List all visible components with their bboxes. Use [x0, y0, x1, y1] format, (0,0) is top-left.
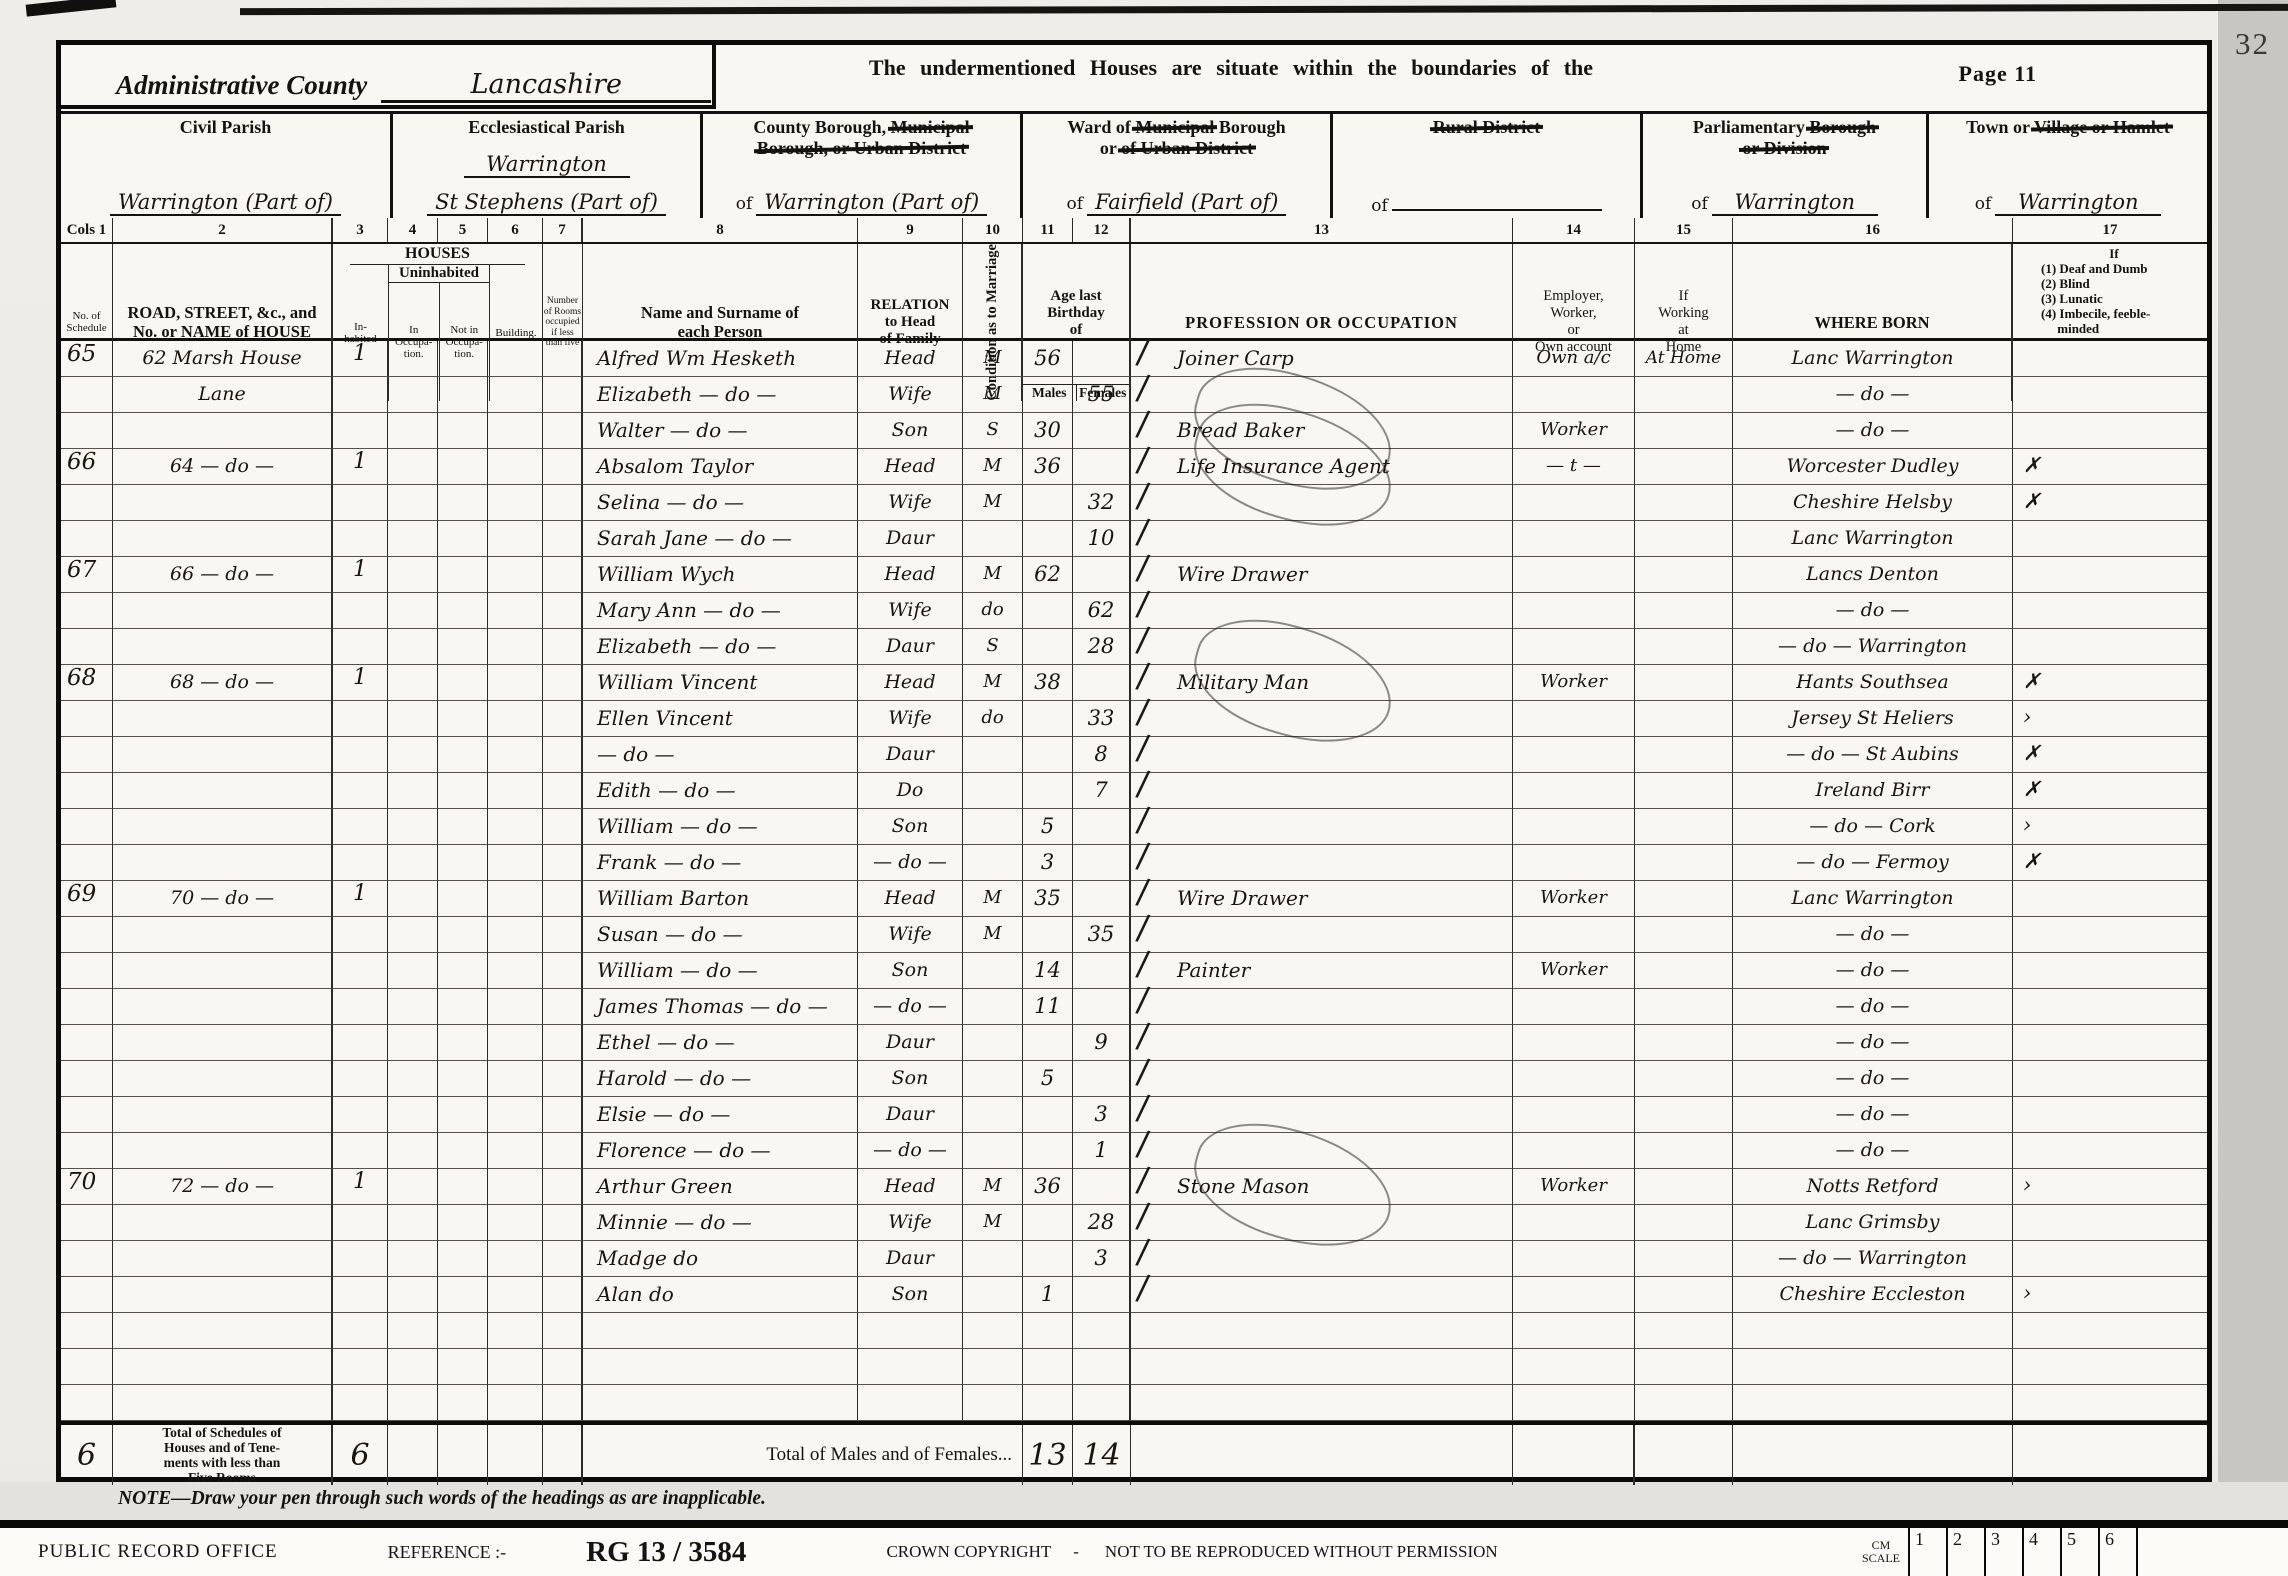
cell-age-female: [1073, 341, 1131, 377]
totals-empty-6: [488, 1425, 543, 1485]
footer-office: PUBLIC RECORD OFFICE: [38, 1541, 278, 1563]
cell-relation: Son: [858, 809, 963, 845]
scan-artifact-streak: [240, 4, 2288, 15]
footer-reference-label: REFERENCE :-: [388, 1542, 507, 1563]
cell-relation: [858, 1385, 963, 1421]
cell-at-home: [1635, 737, 1733, 773]
text-line: (1) Deaf and Dumb: [2041, 261, 2150, 276]
cell-inhabited: 1: [333, 341, 388, 377]
cell-road: 70 — do —: [113, 881, 333, 917]
cell-rooms: [543, 1349, 583, 1385]
cell-uninhabited-not: [438, 665, 488, 701]
col-number-9: 9: [858, 218, 963, 242]
cell-relation: Son: [858, 1061, 963, 1097]
cell-building: [488, 809, 543, 845]
struck-text: Rural District: [1433, 117, 1540, 137]
text-line: Number: [544, 296, 581, 307]
totals-empty-7: [543, 1425, 583, 1485]
table-row: James Thomas — do —— do —11/— do —: [61, 989, 2207, 1025]
cell-age-male: [1023, 917, 1073, 953]
cell-road: [113, 1097, 333, 1133]
cell-infirmity: [2013, 1241, 2207, 1277]
cell-uninhabited-not: [438, 1277, 488, 1313]
top-strip: Administrative County Lancashire The und…: [61, 45, 2207, 114]
district-value: of: [1333, 189, 1640, 216]
cell-road: [113, 701, 333, 737]
totals-left-mark: 6: [61, 1425, 113, 1485]
cell-schedule: [61, 917, 113, 953]
col-number-10: 10: [963, 218, 1023, 242]
cell-name: Absalom Taylor: [583, 449, 858, 485]
cell-age-male: [1023, 1241, 1073, 1277]
cell-name: [583, 1385, 858, 1421]
cell-uninhabited-not: [438, 521, 488, 557]
text-line: (2) Blind: [2041, 276, 2150, 291]
cell-uninhabited-occ: [388, 1313, 438, 1349]
cell-rooms: [543, 629, 583, 665]
cell-relation: Wife: [858, 377, 963, 413]
cell-rooms: [543, 1205, 583, 1241]
table-row: Florence — do —— do —1/— do —: [61, 1133, 2207, 1169]
text-line: Total of Schedules of: [162, 1425, 281, 1440]
cell-relation: [858, 1313, 963, 1349]
totals-empty-16: [1733, 1425, 2013, 1485]
cell-age-female: [1073, 845, 1131, 881]
cell-occupation: /: [1131, 845, 1513, 881]
cell-relation: Son: [858, 413, 963, 449]
cell-where-born: — do —: [1733, 1133, 2013, 1169]
census-scan-page: 32 Administrative County Lancashire The …: [0, 0, 2288, 1576]
of-label: of: [1067, 194, 1084, 214]
cell-name: Elsie — do —: [583, 1097, 858, 1133]
text-line: Schedule: [66, 322, 106, 334]
district-label: Town or Village or Hamlet: [1929, 117, 2207, 138]
cell-building: [488, 773, 543, 809]
cell-road: 68 — do —: [113, 665, 333, 701]
cell-rooms: [543, 593, 583, 629]
footer-reference-number: RG 13 / 3584: [586, 1536, 746, 1569]
of-label: of: [1975, 194, 1992, 214]
cell-at-home: [1635, 665, 1733, 701]
label-text: Borough: [1214, 117, 1285, 137]
cell-where-born: Notts Retford: [1733, 1169, 2013, 1205]
cell-age-female: 28: [1073, 629, 1131, 665]
cell-age-female: [1073, 1313, 1131, 1349]
cell-where-born: — do — Warrington: [1733, 629, 2013, 665]
col-number-15: 15: [1635, 218, 1733, 242]
cell-road: [113, 485, 333, 521]
cell-at-home: [1635, 413, 1733, 449]
cell-age-male: [1023, 737, 1073, 773]
cell-road: [113, 1133, 333, 1169]
cell-inhabited: [333, 1097, 388, 1133]
cell-name: Alan do: [583, 1277, 858, 1313]
cell-age-male: 1: [1023, 1277, 1073, 1313]
col-number-5: 5: [438, 218, 488, 242]
cell-rooms: [543, 1241, 583, 1277]
cell-name: — do —: [583, 737, 858, 773]
cell-name: Elizabeth — do —: [583, 629, 858, 665]
cell-infirmity: ✗: [2013, 773, 2207, 809]
cell-rooms: [543, 377, 583, 413]
cell-where-born: [1733, 1349, 2013, 1385]
cell-name: William Vincent: [583, 665, 858, 701]
cell-uninhabited-occ: [388, 773, 438, 809]
cell-road: [113, 1205, 333, 1241]
of-label: of: [1371, 196, 1388, 216]
cell-condition: M: [963, 1169, 1023, 1205]
label-text: Civil Parish: [180, 117, 272, 137]
cell-inhabited: [333, 1349, 388, 1385]
cell-uninhabited-not: [438, 773, 488, 809]
cell-schedule: [61, 485, 113, 521]
label-text: County Borough,: [753, 117, 890, 137]
cell-building: [488, 881, 543, 917]
cell-schedule: [61, 593, 113, 629]
header-uninhabited: Uninhabited: [389, 265, 489, 283]
cell-at-home: [1635, 1133, 1733, 1169]
cell-rooms: [543, 1025, 583, 1061]
district-label-line: Town or Village or Hamlet: [1929, 117, 2207, 138]
cell-where-born: [1733, 1385, 2013, 1421]
cell-uninhabited-not: [438, 1385, 488, 1421]
cell-uninhabited-occ: [388, 1349, 438, 1385]
cell-rooms: [543, 521, 583, 557]
cell-at-home: [1635, 1169, 1733, 1205]
cell-at-home: [1635, 881, 1733, 917]
page-number: Page 11: [1959, 61, 2038, 87]
footer-scale-label: CMSCALE: [1862, 1539, 1900, 1565]
cell-occupation: [1131, 1313, 1513, 1349]
cell-condition: M: [963, 557, 1023, 593]
film-frame-number: 32: [2235, 26, 2270, 62]
cell-uninhabited-not: [438, 953, 488, 989]
cell-uninhabited-occ: [388, 629, 438, 665]
cell-where-born: Cheshire Eccleston: [1733, 1277, 2013, 1313]
cell-road: 64 — do —: [113, 449, 333, 485]
cell-infirmity: [2013, 917, 2207, 953]
cell-building: [488, 1133, 543, 1169]
table-row: Harold — do —Son5/— do —: [61, 1061, 2207, 1097]
cell-building: [488, 1205, 543, 1241]
cell-inhabited: [333, 1205, 388, 1241]
cell-relation: Head: [858, 881, 963, 917]
cell-infirmity: [2013, 1133, 2207, 1169]
cell-building: [488, 1025, 543, 1061]
cell-where-born: — do — Cork: [1733, 809, 2013, 845]
cell-infirmity: ›: [2013, 701, 2207, 737]
cell-at-home: [1635, 449, 1733, 485]
cell-building: [488, 341, 543, 377]
cell-infirmity: ✗: [2013, 845, 2207, 881]
totals-males: 13: [1023, 1425, 1073, 1485]
cell-uninhabited-not: [438, 1097, 488, 1133]
cell-infirmity: ›: [2013, 1169, 2207, 1205]
cell-age-female: 7: [1073, 773, 1131, 809]
cell-inhabited: [333, 1313, 388, 1349]
cell-infirmity: [2013, 1097, 2207, 1133]
cell-age-female: 8: [1073, 737, 1131, 773]
cell-building: [488, 593, 543, 629]
totals-females: 14: [1073, 1425, 1131, 1485]
column-headers-row: No. ofSchedule ROAD, STREET, &c., andNo.…: [61, 244, 2207, 341]
cell-relation: Son: [858, 953, 963, 989]
cell-rooms: [543, 1313, 583, 1349]
cell-building: [488, 1061, 543, 1097]
cell-uninhabited-not: [438, 1313, 488, 1349]
cell-inhabited: [333, 737, 388, 773]
cell-employer: [1513, 1133, 1635, 1169]
cell-age-male: [1023, 701, 1073, 737]
footer-dash: -: [1073, 1542, 1079, 1562]
cell-at-home: [1635, 917, 1733, 953]
ruler-cm-1: 1: [1908, 1528, 1946, 1576]
cell-inhabited: [333, 413, 388, 449]
col-number-1: Cols 1: [61, 218, 113, 242]
cell-road: [113, 629, 333, 665]
struck-text: Municipal: [891, 117, 970, 137]
cell-uninhabited-occ: [388, 1241, 438, 1277]
cell-road: [113, 917, 333, 953]
cell-inhabited: [333, 845, 388, 881]
table-row: 6664 — do —1Absalom TaylorHeadM36Life In…: [61, 449, 2207, 485]
district-handwritten-value: Fairfield (Part of): [1087, 190, 1286, 216]
cell-condition: [963, 845, 1023, 881]
district-cell-5: Rural Districtof: [1333, 114, 1643, 218]
cell-rooms: [543, 341, 583, 377]
cell-occupation: /: [1131, 1241, 1513, 1277]
cell-occupation: /: [1131, 377, 1513, 413]
cell-condition: [963, 1097, 1023, 1133]
cell-name: Florence — do —: [583, 1133, 858, 1169]
cell-inhabited: [333, 593, 388, 629]
cell-occupation: Joiner Carp/: [1131, 341, 1513, 377]
cell-building: [488, 1241, 543, 1277]
cell-infirmity: [2013, 377, 2207, 413]
cell-schedule: [61, 521, 113, 557]
cell-infirmity: ✗: [2013, 449, 2207, 485]
struck-text: Village or Hamlet: [2034, 117, 2170, 137]
cell-occupation: [1131, 1349, 1513, 1385]
cell-building: [488, 449, 543, 485]
cell-schedule: [61, 1313, 113, 1349]
cell-road: [113, 593, 333, 629]
label-text: Town or: [1966, 117, 2034, 137]
cell-at-home: [1635, 557, 1733, 593]
cell-uninhabited-occ: [388, 521, 438, 557]
cell-at-home: [1635, 1205, 1733, 1241]
cell-where-born: Worcester Dudley: [1733, 449, 2013, 485]
cell-uninhabited-not: [438, 449, 488, 485]
cell-occupation: /: [1131, 1205, 1513, 1241]
footer-notice: NOT TO BE REPRODUCED WITHOUT PERMISSION: [1105, 1542, 1498, 1562]
cell-building: [488, 665, 543, 701]
ruler-end: [2136, 1528, 2288, 1576]
cell-schedule: [61, 629, 113, 665]
cell-condition: M: [963, 377, 1023, 413]
cell-age-male: [1023, 1097, 1073, 1133]
cell-relation: Wife: [858, 485, 963, 521]
cell-infirmity: [2013, 341, 2207, 377]
cell-road: [113, 1385, 333, 1421]
cell-building: [488, 845, 543, 881]
cell-uninhabited-not: [438, 557, 488, 593]
cell-where-born: — do —: [1733, 413, 2013, 449]
cell-at-home: [1635, 845, 1733, 881]
district-cell-4: Ward of Municipal Boroughor of Urban Dis…: [1023, 114, 1333, 218]
cell-uninhabited-occ: [388, 665, 438, 701]
cell-condition: S: [963, 413, 1023, 449]
cell-condition: [963, 1385, 1023, 1421]
cell-uninhabited-occ: [388, 1025, 438, 1061]
totals-empty-13: [1131, 1425, 1513, 1485]
cell-occupation: /: [1131, 593, 1513, 629]
cell-uninhabited-occ: [388, 701, 438, 737]
table-row: William — do —Son14Painter/Worker— do —: [61, 953, 2207, 989]
ruler-cm-3: 3: [1984, 1528, 2022, 1576]
cell-employer: [1513, 1313, 1635, 1349]
cell-age-male: [1023, 1025, 1073, 1061]
cell-condition: M: [963, 341, 1023, 377]
cell-age-male: 62: [1023, 557, 1073, 593]
text-line: or: [1535, 322, 1612, 339]
cell-age-female: [1073, 953, 1131, 989]
cell-age-female: [1073, 449, 1131, 485]
cell-uninhabited-occ: [388, 341, 438, 377]
cell-infirmity: [2013, 1385, 2207, 1421]
cell-employer: [1513, 629, 1635, 665]
text-line: of: [1070, 322, 1083, 339]
cell-road: [113, 1241, 333, 1277]
cell-where-born: Hants Southsea: [1733, 665, 2013, 701]
cell-age-male: 36: [1023, 449, 1073, 485]
cell-uninhabited-occ: [388, 377, 438, 413]
cell-rooms: [543, 557, 583, 593]
cell-road: [113, 809, 333, 845]
cell-relation: Wife: [858, 917, 963, 953]
cell-name: William — do —: [583, 953, 858, 989]
cell-rooms: [543, 1133, 583, 1169]
cell-occupation: Painter/: [1131, 953, 1513, 989]
cell-name: Mary Ann — do —: [583, 593, 858, 629]
cell-rooms: [543, 1169, 583, 1205]
cell-occupation: /: [1131, 1097, 1513, 1133]
text-line: to Head: [871, 314, 950, 331]
cell-schedule: [61, 701, 113, 737]
cell-occupation: /: [1131, 1133, 1513, 1169]
cell-name: William Wych: [583, 557, 858, 593]
district-value: ofWarrington: [1929, 190, 2207, 216]
district-label: Ecclesiastical Parish: [393, 117, 700, 138]
cell-age-male: [1023, 1133, 1073, 1169]
cell-age-male: 5: [1023, 1061, 1073, 1097]
cell-at-home: [1635, 1061, 1733, 1097]
text-line: No. or NAME of HOUSE: [127, 322, 316, 341]
cell-uninhabited-not: [438, 1169, 488, 1205]
cell-condition: do: [963, 701, 1023, 737]
cell-relation: Head: [858, 1169, 963, 1205]
district-value-line1: Warrington: [393, 152, 700, 178]
cell-at-home: [1635, 521, 1733, 557]
cell-road: [113, 1349, 333, 1385]
cell-rooms: [543, 1097, 583, 1133]
cell-age-male: [1023, 485, 1073, 521]
cell-age-female: 10: [1073, 521, 1131, 557]
cell-uninhabited-occ: [388, 1385, 438, 1421]
cell-employer: [1513, 845, 1635, 881]
district-handwritten-value: Warrington (Part of): [756, 190, 987, 216]
cell-rooms: [543, 917, 583, 953]
cell-inhabited: [333, 773, 388, 809]
text-line: (3) Lunatic: [2041, 291, 2150, 306]
cell-at-home: [1635, 989, 1733, 1025]
text-line: Age last: [1050, 288, 1101, 305]
district-cell-6: Parliamentary Boroughor DivisionofWarrin…: [1643, 114, 1929, 218]
cell-relation: Daur: [858, 737, 963, 773]
cell-infirmity: [2013, 1313, 2207, 1349]
cell-road: [113, 989, 333, 1025]
cell-uninhabited-not: [438, 377, 488, 413]
label-text: Ecclesiastical Parish: [468, 117, 624, 137]
table-row-empty: [61, 1349, 2207, 1385]
totals-empty-15: [1635, 1425, 1733, 1485]
totals-empty-5: [438, 1425, 488, 1485]
col-number-8: 8: [583, 218, 858, 242]
table-row: 7072 — do —1Arthur GreenHeadM36Stone Mas…: [61, 1169, 2207, 1205]
cell-age-male: 38: [1023, 665, 1073, 701]
cell-road: [113, 953, 333, 989]
cell-building: [488, 917, 543, 953]
col-number-3: 3: [333, 218, 388, 242]
cell-uninhabited-not: [438, 1061, 488, 1097]
cell-where-born: — do — St Aubins: [1733, 737, 2013, 773]
text-line: Worker,: [1535, 305, 1612, 322]
cell-employer: [1513, 485, 1635, 521]
cell-age-female: [1073, 557, 1131, 593]
cell-occupation: /: [1131, 701, 1513, 737]
cell-where-born: — do —: [1733, 953, 2013, 989]
cell-employer: [1513, 1349, 1635, 1385]
cell-uninhabited-not: [438, 593, 488, 629]
cell-employer: [1513, 773, 1635, 809]
cell-building: [488, 629, 543, 665]
cell-occupation: /: [1131, 773, 1513, 809]
cell-at-home: [1635, 1349, 1733, 1385]
cell-infirmity: [2013, 1349, 2207, 1385]
cell-employer: [1513, 593, 1635, 629]
table-row: Elsie — do —Daur3/— do —: [61, 1097, 2207, 1133]
pro-footer-bar: PUBLIC RECORD OFFICE REFERENCE :- RG 13 …: [0, 1520, 2288, 1576]
cell-uninhabited-occ: [388, 989, 438, 1025]
cell-road: 72 — do —: [113, 1169, 333, 1205]
cell-inhabited: [333, 1277, 388, 1313]
cell-condition: S: [963, 629, 1023, 665]
cell-schedule: [61, 1025, 113, 1061]
cell-occupation: /: [1131, 809, 1513, 845]
of-label: of: [736, 194, 753, 214]
cell-uninhabited-occ: [388, 1097, 438, 1133]
cell-age-female: 3: [1073, 1097, 1131, 1133]
ruler-cm-6: 6: [2098, 1528, 2136, 1576]
cell-condition: M: [963, 1205, 1023, 1241]
text-line: occupied: [544, 317, 581, 328]
district-header-row: Civil ParishWarrington (Part of)Ecclesia…: [61, 114, 2207, 218]
cell-name: Harold — do —: [583, 1061, 858, 1097]
cell-employer: Own a/c: [1513, 341, 1635, 377]
table-row: Mary Ann — do —Wifedo62/— do —: [61, 593, 2207, 629]
cell-relation: Daur: [858, 521, 963, 557]
cell-uninhabited-not: [438, 629, 488, 665]
